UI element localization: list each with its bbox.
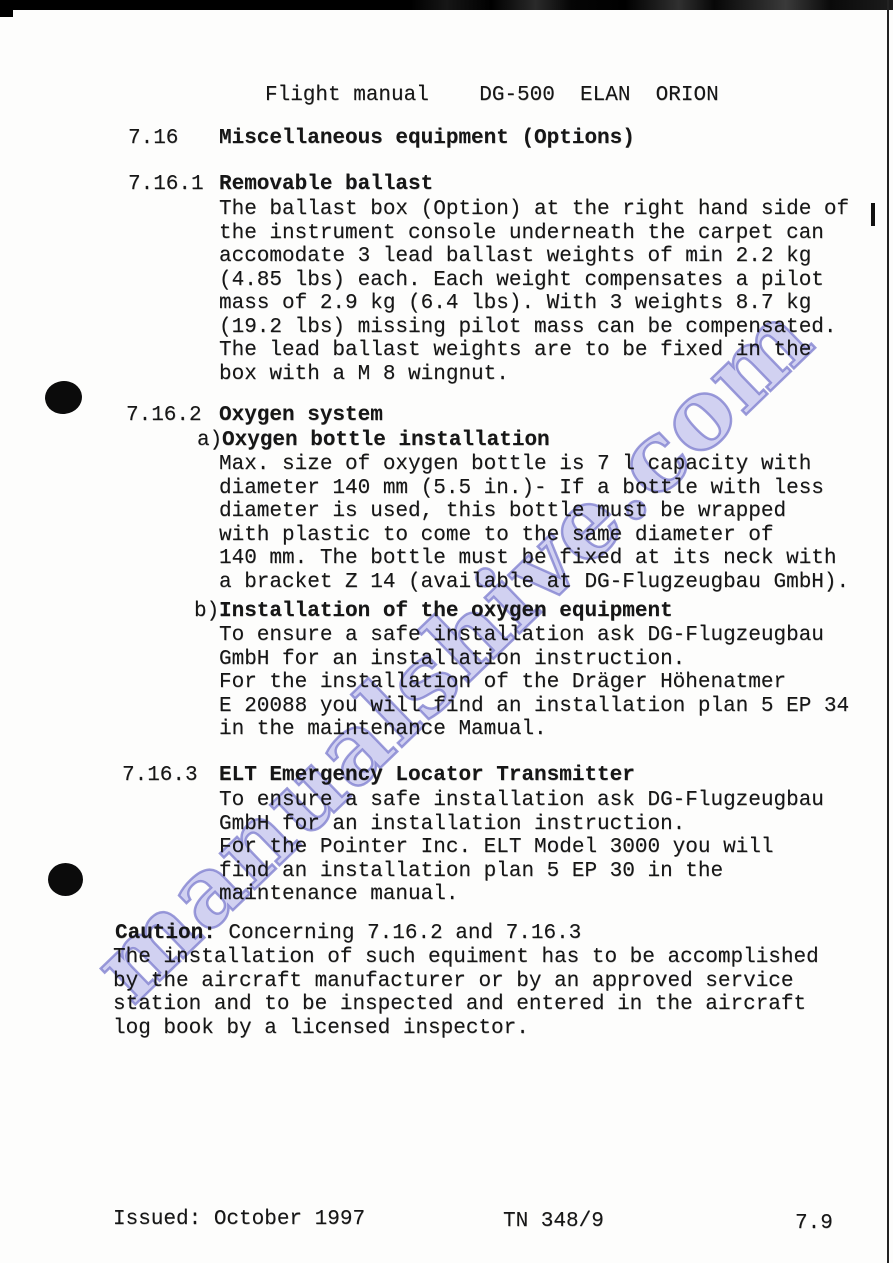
caution-label: Caution: [115, 922, 216, 945]
footer-page-number: 7.9 [795, 1212, 833, 1236]
section-number: 7.16 [128, 127, 178, 151]
revision-change-bar [871, 203, 875, 226]
footer-tn-number: TN 348/9 [503, 1210, 604, 1234]
caution-paragraph: The installation of such equiment has to… [113, 946, 819, 1040]
caution-heading-rest: Concerning 7.16.2 and 7.16.3 [216, 922, 581, 945]
section-paragraph: The ballast box (Option) at the right ha… [219, 198, 849, 386]
section-title: Removable ballast [219, 173, 433, 197]
scanned-manual-page: manualshive.com Flight manual DG-500 ELA… [0, 0, 893, 1263]
section-number: 7.16.3 [122, 764, 198, 788]
caution-heading: Caution: Concerning 7.16.2 and 7.16.3 [115, 922, 581, 946]
section-number: 7.16.2 [126, 404, 202, 428]
list-item-title: Installation of the oxygen equipment [219, 600, 673, 624]
page-right-scan-edge [887, 0, 889, 1263]
section-number: 7.16.1 [128, 173, 204, 197]
list-item-label: b) [194, 600, 219, 624]
section-title: Miscellaneous equipment (Options) [219, 127, 635, 151]
page-title: Flight manual DG-500 ELAN ORION [265, 84, 719, 108]
list-item-title: Oxygen bottle installation [222, 429, 550, 453]
section-paragraph: To ensure a safe installation ask DG-Flu… [219, 789, 824, 907]
footer-issued-date: Issued: October 1997 [113, 1208, 365, 1232]
section-title: Oxygen system [219, 404, 383, 428]
hole-punch-mark [48, 863, 83, 896]
list-item-paragraph: Max. size of oxygen bottle is 7 l capaci… [219, 453, 849, 594]
list-item-paragraph: To ensure a safe installation ask DG-Flu… [219, 624, 849, 742]
section-title: ELT Emergency Locator Transmitter [219, 764, 635, 788]
page-top-scan-edge [0, 0, 893, 10]
hole-punch-mark [43, 379, 83, 416]
page-corner-scan-mark [0, 0, 13, 17]
list-item-label: a) [197, 429, 222, 453]
